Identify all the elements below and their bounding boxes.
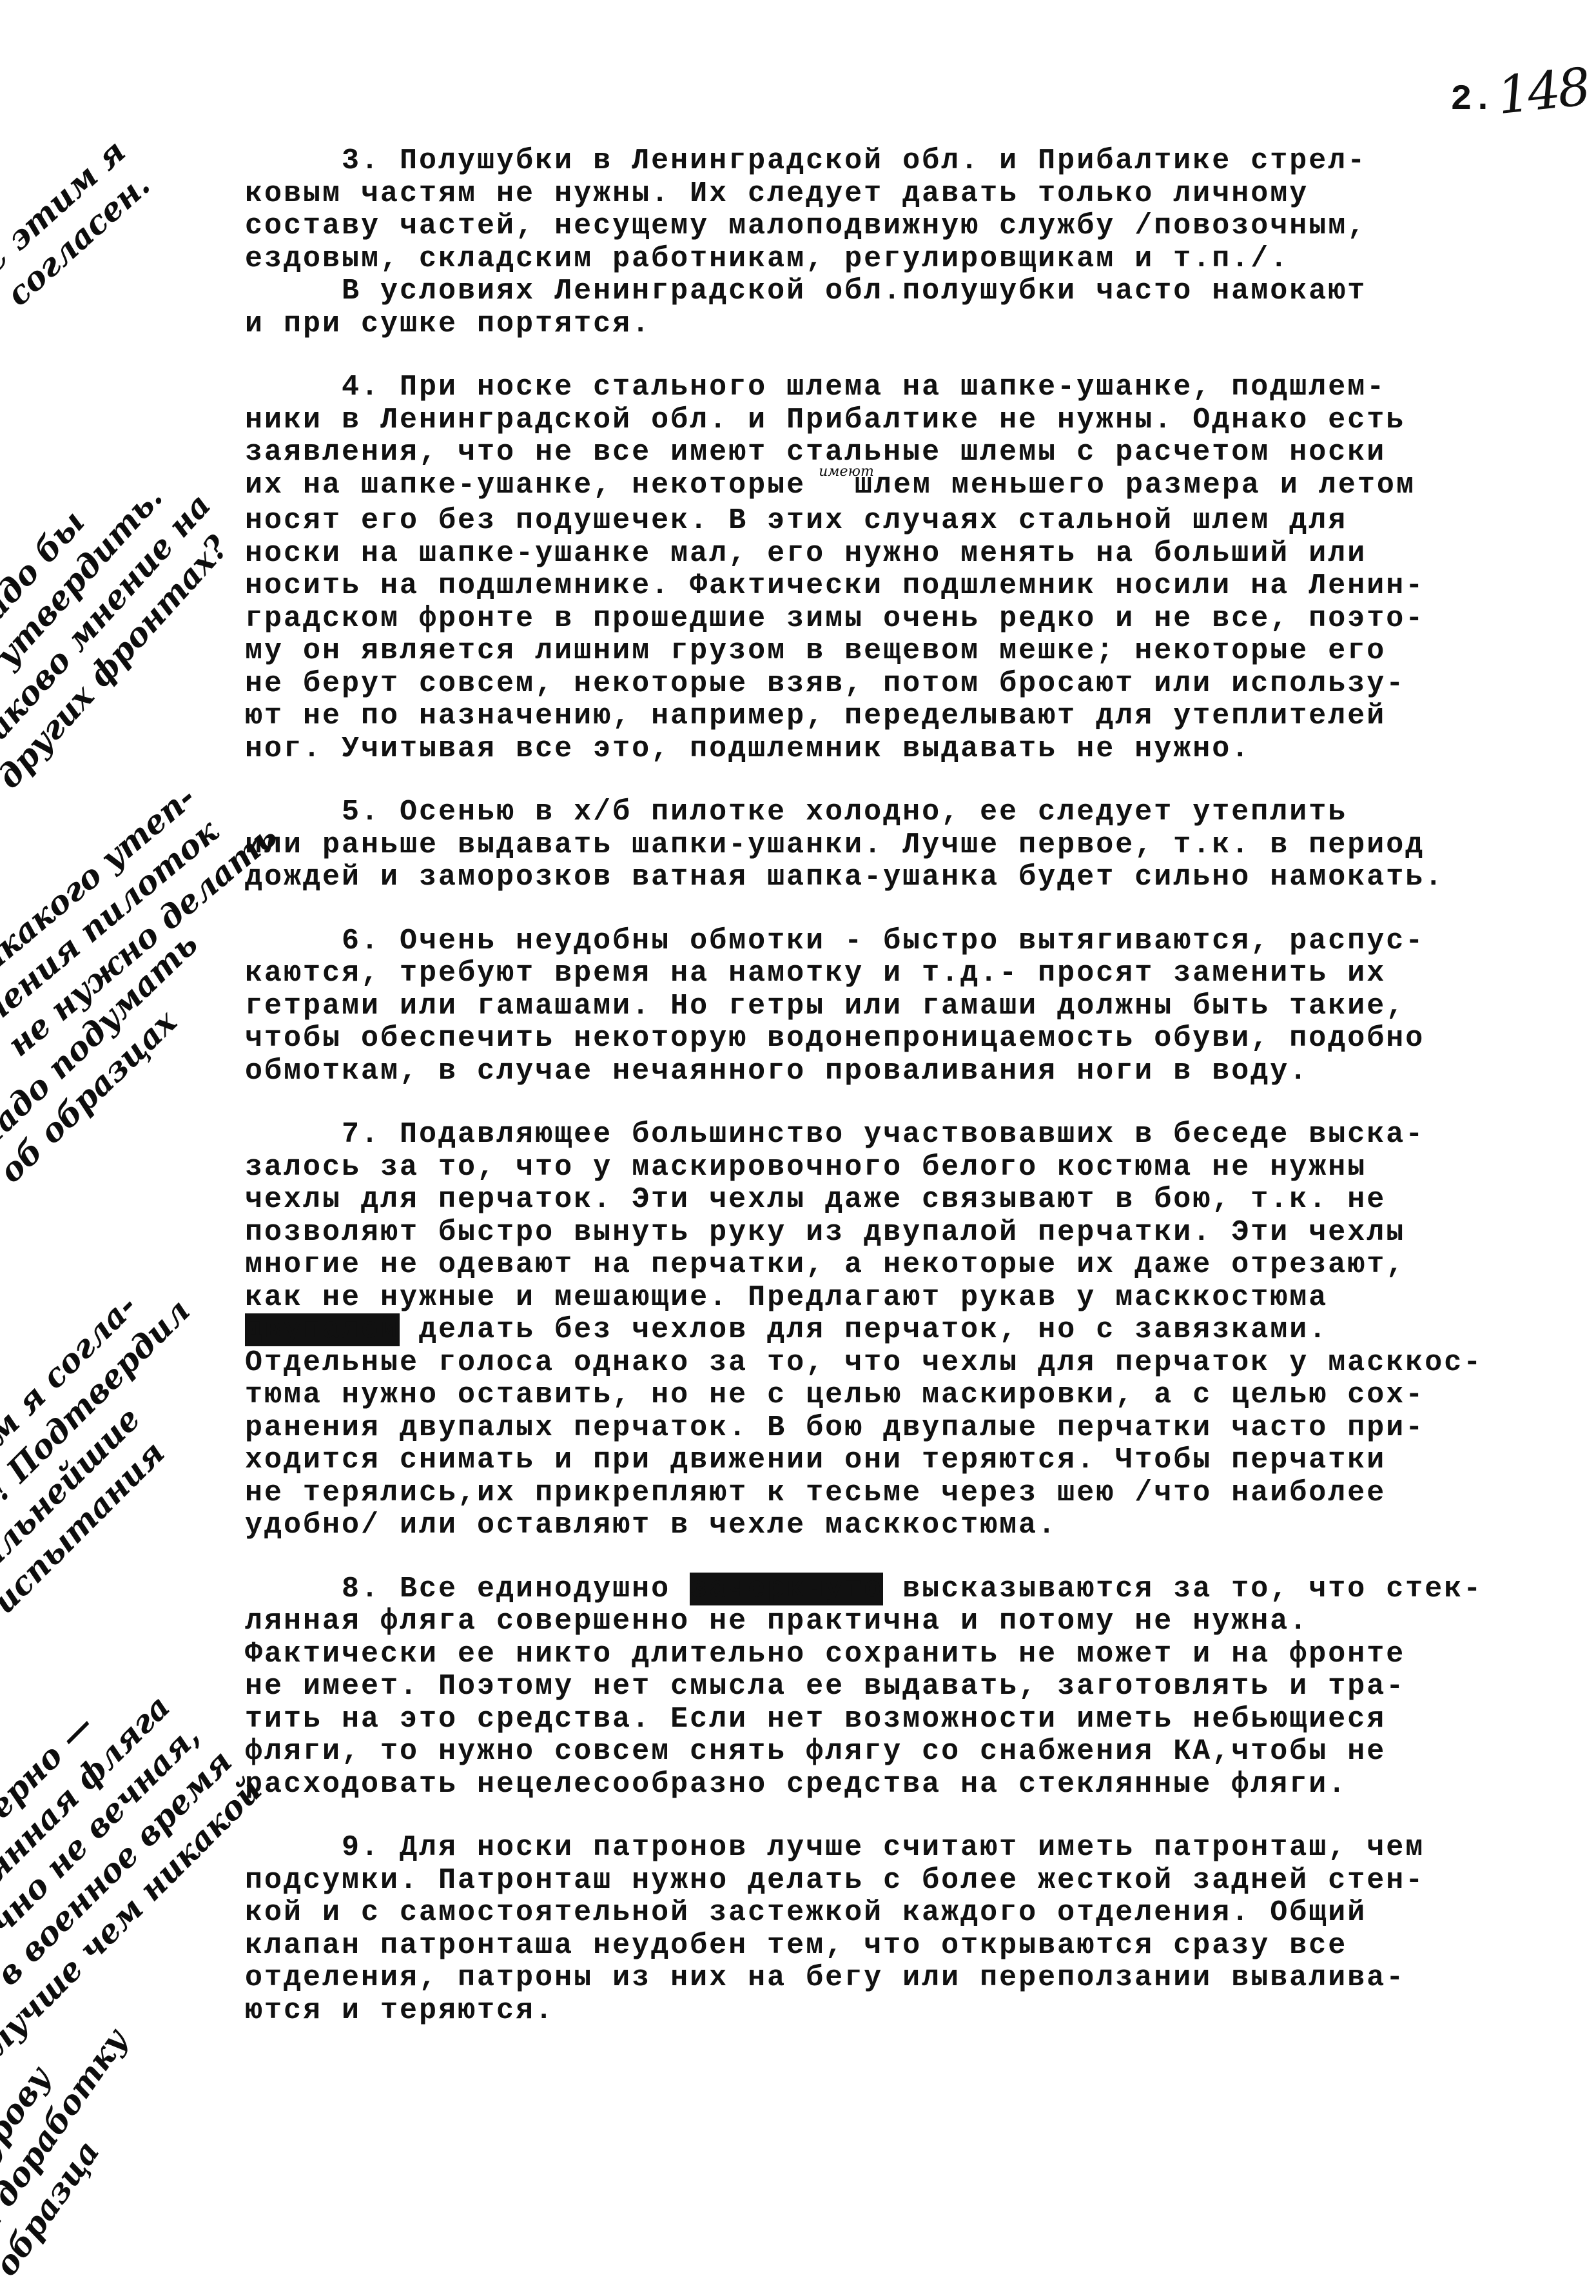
- text-line: двупалой делать без чехлов для перчаток,…: [245, 1314, 1579, 1347]
- text-line: ются и теряются.: [245, 1995, 1579, 2028]
- text-line: удобно/ или оставляют в чехле масккостюм…: [245, 1509, 1579, 1542]
- text-line: как не нужные и мешающие. Предлагают рук…: [245, 1282, 1579, 1315]
- text-line: Фактически ее никто длительно сохранить …: [245, 1638, 1579, 1671]
- text-line: 7. Подавляющее большинство участвовавших…: [245, 1119, 1579, 1152]
- text-line: каются, требуют время на намотку и т.д.-…: [245, 957, 1579, 990]
- text-line: носят его без подушечек. В этих случаях …: [245, 505, 1579, 538]
- text-line: подсумки. Патронташ нужно делать с более…: [245, 1865, 1579, 1898]
- text-line: ног. Учитывая все это, подшлемник выдава…: [245, 733, 1579, 766]
- text-line: 4. При носке стального шлема на шапке-уш…: [245, 371, 1579, 404]
- struck-word: двупалой: [245, 1313, 400, 1346]
- text-line: обмоткам, в случае нечаянного проваливан…: [245, 1055, 1579, 1088]
- text-line: позволяют быстро вынуть руку из двупалой…: [245, 1217, 1579, 1250]
- text-line: чехлы для перчаток. Эти чехлы даже связы…: [245, 1184, 1579, 1217]
- page-number: 2.148: [1450, 61, 1588, 121]
- text-line: В условиях Ленинградской обл.полушубки ч…: [245, 275, 1579, 308]
- paragraph-9: 9. Для носки патронов лучше считают имет…: [245, 1832, 1579, 2027]
- handwritten-insert: имеют: [819, 464, 874, 480]
- text-line: и при сушке портятся.: [245, 308, 1579, 341]
- text-line: многие не одевают на перчатки, а некотор…: [245, 1249, 1579, 1282]
- text-line: ездовым, складским работникам, регулиров…: [245, 243, 1579, 276]
- text-line: дождей и заморозков ватная шапка-ушанка …: [245, 861, 1579, 894]
- page-number-typed: 2.: [1450, 79, 1494, 120]
- text-line: не имеет. Поэтому нет смысла ее выдавать…: [245, 1671, 1579, 1703]
- typed-body: 3. Полушубки в Ленинградской обл. и Приб…: [245, 145, 1579, 2058]
- margin-note-5: С этим я согла- сен!! Подтвердил дальней…: [0, 1261, 257, 1622]
- text-line: не терялись,их прикрепляют к тесьме чере…: [245, 1477, 1579, 1510]
- text-line: 6. Очень неудобны обмотки - быстро вытяг…: [245, 925, 1579, 958]
- text-line: ковым частям не нужны. Их следует давать…: [245, 178, 1579, 211]
- text-line: кой и с самостоятельной застежкой каждог…: [245, 1897, 1579, 1930]
- paragraph-5: 5. Осенью в х/б пилотке холодно, ее след…: [245, 796, 1579, 894]
- text-line: ники в Ленинградской обл. и Прибалтике н…: [245, 404, 1579, 437]
- text-line: Отдельные голоса однако за то, что чехлы…: [245, 1347, 1579, 1380]
- text-line: ют не по назначению, например, переделыв…: [245, 700, 1579, 733]
- text-line: составу частей, несущему малоподвижную с…: [245, 210, 1579, 243]
- text-line: градском фронте в прошедшие зимы очень р…: [245, 603, 1579, 636]
- paragraph-7: 7. Подавляющее большинство участвовавших…: [245, 1119, 1579, 1542]
- margin-note-2: Это надо бы еще утвердить. Каково мнение…: [0, 430, 250, 797]
- page-number-handwritten: 148: [1495, 57, 1591, 126]
- text-line: носки на шапке-ушанке мал, его нужно мен…: [245, 538, 1579, 571]
- text-line: залось за то, что у маскировочного белог…: [245, 1152, 1579, 1184]
- margin-note-6: Это не верно — стеклянная фляга конечно …: [0, 1653, 271, 2063]
- struck-word: зачеркнуто: [690, 1573, 883, 1605]
- text-line: расходовать нецелесообразно средства на …: [245, 1769, 1579, 1801]
- paragraph-6: 6. Очень неудобны обмотки - быстро вытяг…: [245, 925, 1579, 1088]
- text-line: тюма нужно оставить, но не с целью маски…: [245, 1379, 1579, 1412]
- text-line: фляги, то нужно совсем снять флягу со сн…: [245, 1736, 1579, 1769]
- paragraph-8: 8. Все единодушно зачеркнуто высказывают…: [245, 1573, 1579, 1801]
- text-line: 8. Все единодушно зачеркнуто высказывают…: [245, 1573, 1579, 1606]
- text-line: 9. Для носки патронов лучше считают имет…: [245, 1832, 1579, 1865]
- text-line: чтобы обеспечить некоторую водонепроница…: [245, 1023, 1579, 1055]
- text-line: ранения двупалых перчаток. В бою двупалы…: [245, 1412, 1579, 1445]
- margin-note-1: С этим я согласен.: [0, 131, 162, 315]
- paragraph-3: 3. Полушубки в Ленинградской обл. и Приб…: [245, 145, 1579, 340]
- text-line: их на шапке-ушанке, некоторые имеют шлем…: [245, 469, 1579, 505]
- text-line: му он является лишним грузом в вещевом м…: [245, 635, 1579, 668]
- text-line: не берут совсем, некоторые взяв, потом б…: [245, 668, 1579, 701]
- text-line: лянная фляга совершенно не практична и п…: [245, 1605, 1579, 1638]
- text-line: тить на это средства. Если нет возможнос…: [245, 1703, 1579, 1736]
- text-line: или раньше выдавать шапки-ушанки. Лучше …: [245, 829, 1579, 862]
- text-line: отделения, патроны из них на бегу или пе…: [245, 1962, 1579, 1995]
- text-line: клапан патронташа неудобен тем, что откр…: [245, 1930, 1579, 1963]
- text-line: 3. Полушубки в Ленинградской обл. и Приб…: [245, 145, 1579, 178]
- text-line: носить на подшлемнике. Фактически подшле…: [245, 570, 1579, 603]
- text-line: 5. Осенью в х/б пилотке холодно, ее след…: [245, 796, 1579, 829]
- paragraph-4: 4. При носке стального шлема на шапке-уш…: [245, 371, 1579, 765]
- text-line: ходится снимать и при движении они теряю…: [245, 1444, 1579, 1477]
- document-page: 2.148 3. Полушубки в Ленинградской обл. …: [0, 0, 1596, 2296]
- text-line: заявления, что не все имеют стальные шле…: [245, 437, 1579, 469]
- text-line: гетрами или гамашами. Но гетры или гамаш…: [245, 990, 1579, 1023]
